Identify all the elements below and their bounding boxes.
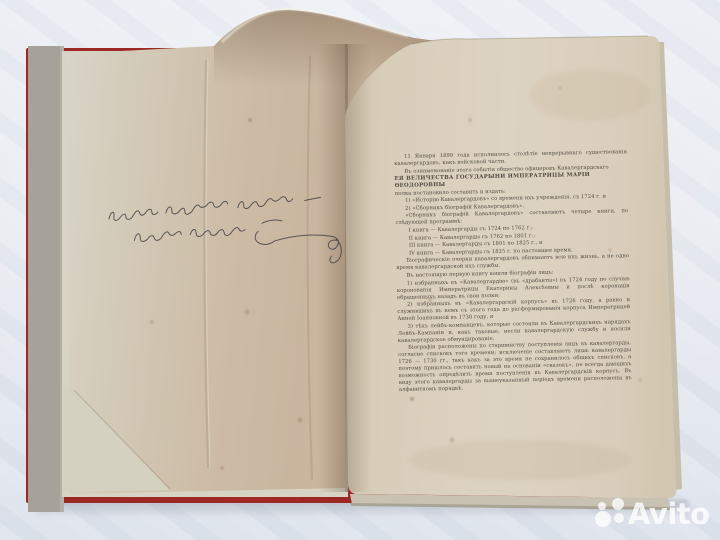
printed-text-block: 11 Января 1899 года исполнилось столѣтіе… bbox=[394, 149, 632, 395]
avito-logo-dot-icon bbox=[612, 498, 624, 510]
avito-logo-dot-icon bbox=[595, 511, 611, 527]
right-page-gutter-shade bbox=[345, 44, 371, 492]
paper-stain bbox=[530, 69, 650, 121]
photo-open-antique-book: 11 Января 1899 года исполнилось столѣтіе… bbox=[0, 0, 720, 540]
paragraph: Біографіи расположены по старшинству пос… bbox=[398, 340, 632, 394]
cover-edge bbox=[28, 46, 64, 512]
paper-stain bbox=[410, 440, 630, 480]
avito-logo-text: Avito bbox=[628, 497, 710, 531]
avito-watermark: Avito bbox=[588, 496, 720, 540]
avito-logo-dot-icon bbox=[614, 513, 624, 523]
avito-logo-dot-icon bbox=[598, 502, 606, 510]
gutter-shadow bbox=[318, 44, 348, 492]
